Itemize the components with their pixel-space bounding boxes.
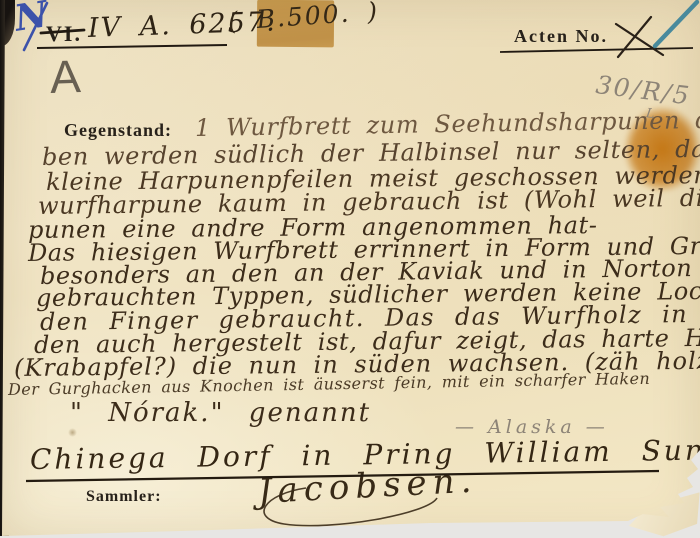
gegenstand-label: Gegenstand: (64, 120, 172, 141)
acten-no-label: Acten No. (514, 26, 608, 47)
scanned-card-photo: N VI. IV A. 6257. ( B.500. ) Acten No. 3… (0, 0, 700, 538)
underline-acten (500, 48, 693, 52)
letter-a-mark: A (49, 49, 82, 104)
blue-pencil-mark: N (12, 0, 51, 40)
object-name-line: " Nórak." genannt (70, 398, 371, 428)
catalog-card: N VI. IV A. 6257. ( B.500. ) Acten No. 3… (0, 0, 700, 538)
paren-number: ( B.500. ) (227, 0, 380, 36)
sammler-label: Sammler: (86, 488, 162, 506)
check-x-stroke-1 (616, 24, 663, 55)
small-stain (68, 428, 77, 437)
crossed-out-number: VI. (46, 21, 82, 47)
teal-corner-stroke (655, 2, 697, 46)
check-x-stroke-2 (618, 17, 651, 57)
